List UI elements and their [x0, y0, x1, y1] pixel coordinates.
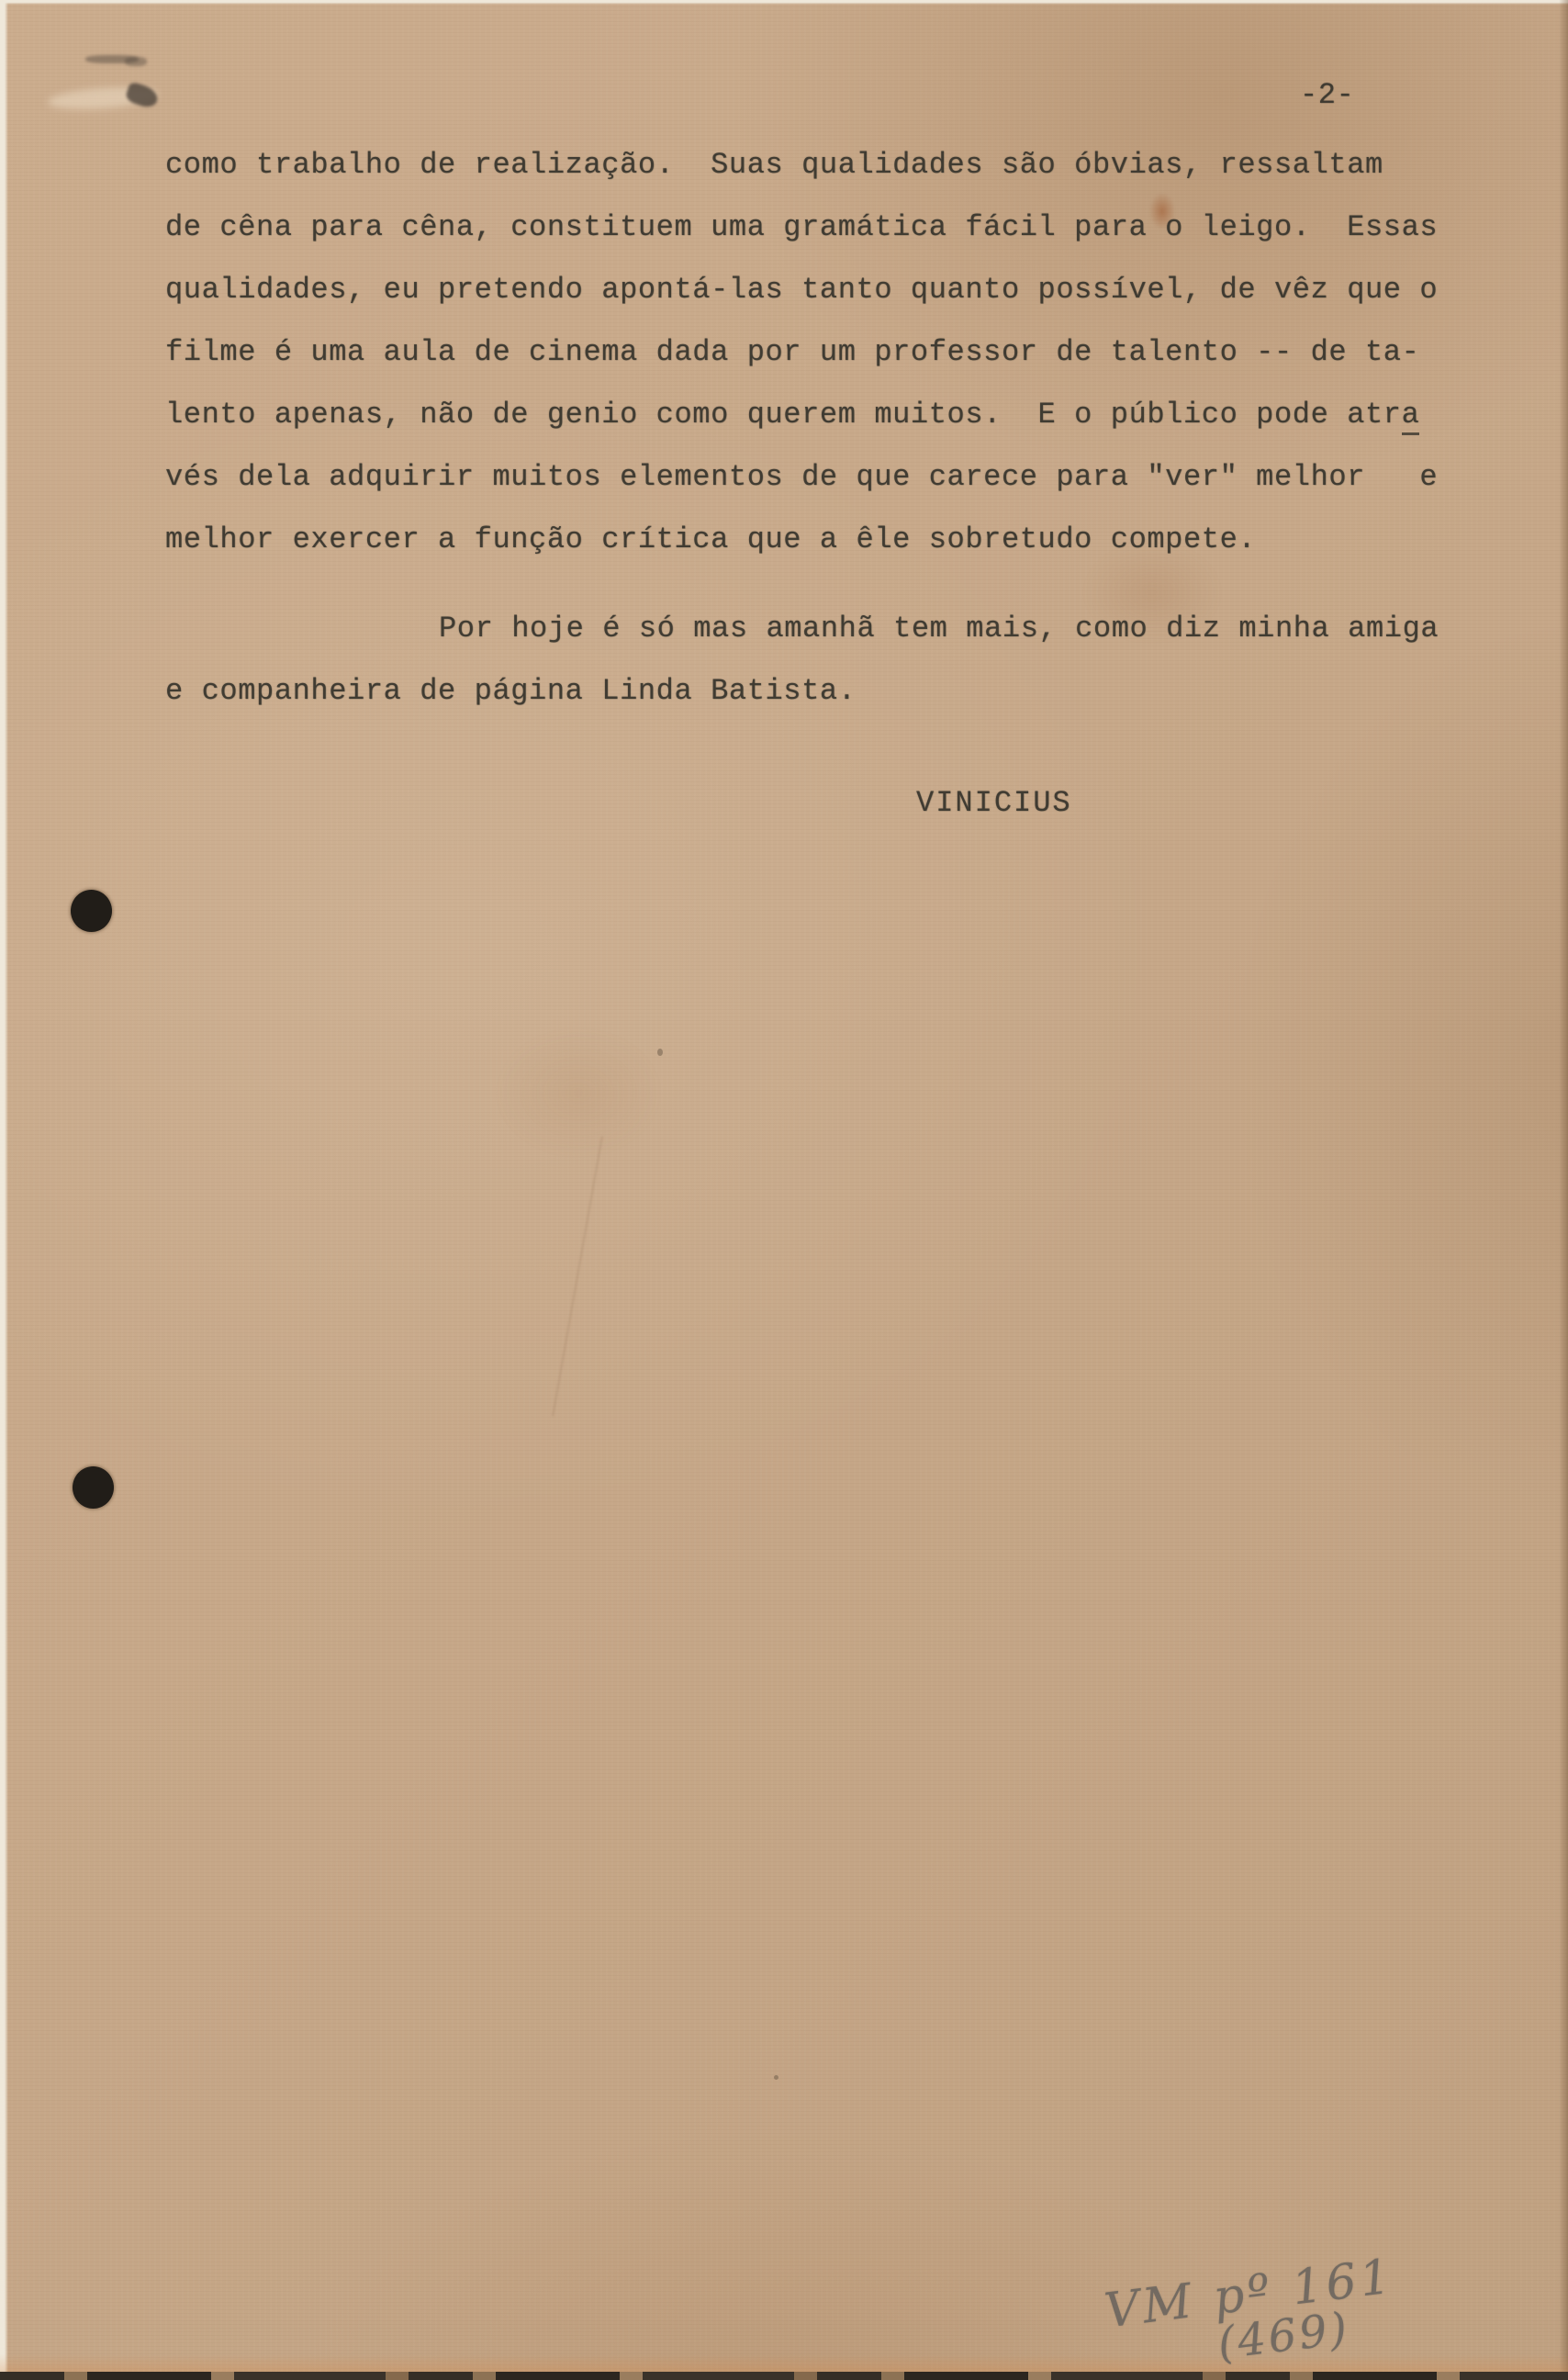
punch-hole-top [71, 890, 112, 932]
paper-bottom-edge-glow [0, 2354, 1568, 2373]
typed-body: como trabalho de realização. Suas qualid… [165, 134, 1439, 723]
body-line: melhor exercer a função crítica que a êl… [165, 509, 1439, 571]
paper-top-edge [0, 0, 1568, 5]
paper-right-shadow [1559, 0, 1568, 2380]
paper-left-edge [0, 0, 8, 2380]
body-line: vés dela adquirir muitos elementos de qu… [165, 446, 1439, 509]
body-line: filme é uma aula de cinema dada por um p… [165, 321, 1439, 384]
paper-stain [496, 1028, 661, 1157]
body-line: lento apenas, não de genio como querem m… [165, 384, 1439, 446]
next-page-edge [0, 2372, 1568, 2380]
body-line-text: lento apenas, não de genio como querem m… [165, 398, 1402, 432]
scanned-typewritten-page: -2- como trabalho de realização. Suas qu… [0, 0, 1568, 2380]
body-line: como trabalho de realização. Suas qualid… [165, 134, 1439, 196]
signature: VINICIUS [916, 785, 1072, 822]
ink-blot [124, 81, 160, 109]
paper-speck [774, 2075, 778, 2080]
underlined-syllable: a [1402, 398, 1420, 435]
paper-speck [657, 1049, 663, 1056]
page-number: -2- [1300, 77, 1354, 114]
body-line: e companheira de página Linda Batista. [165, 660, 1439, 723]
body-line: qualidades, eu pretendo apontá-las tanto… [165, 259, 1439, 321]
body-line: de cêna para cêna, constituem uma gramát… [165, 196, 1439, 259]
paper-crease [552, 1136, 603, 1417]
body-line: Por hoje é só mas amanhã tem mais, como … [165, 598, 1439, 660]
ink-smudge [125, 57, 147, 66]
punch-hole-bottom [73, 1466, 114, 1509]
